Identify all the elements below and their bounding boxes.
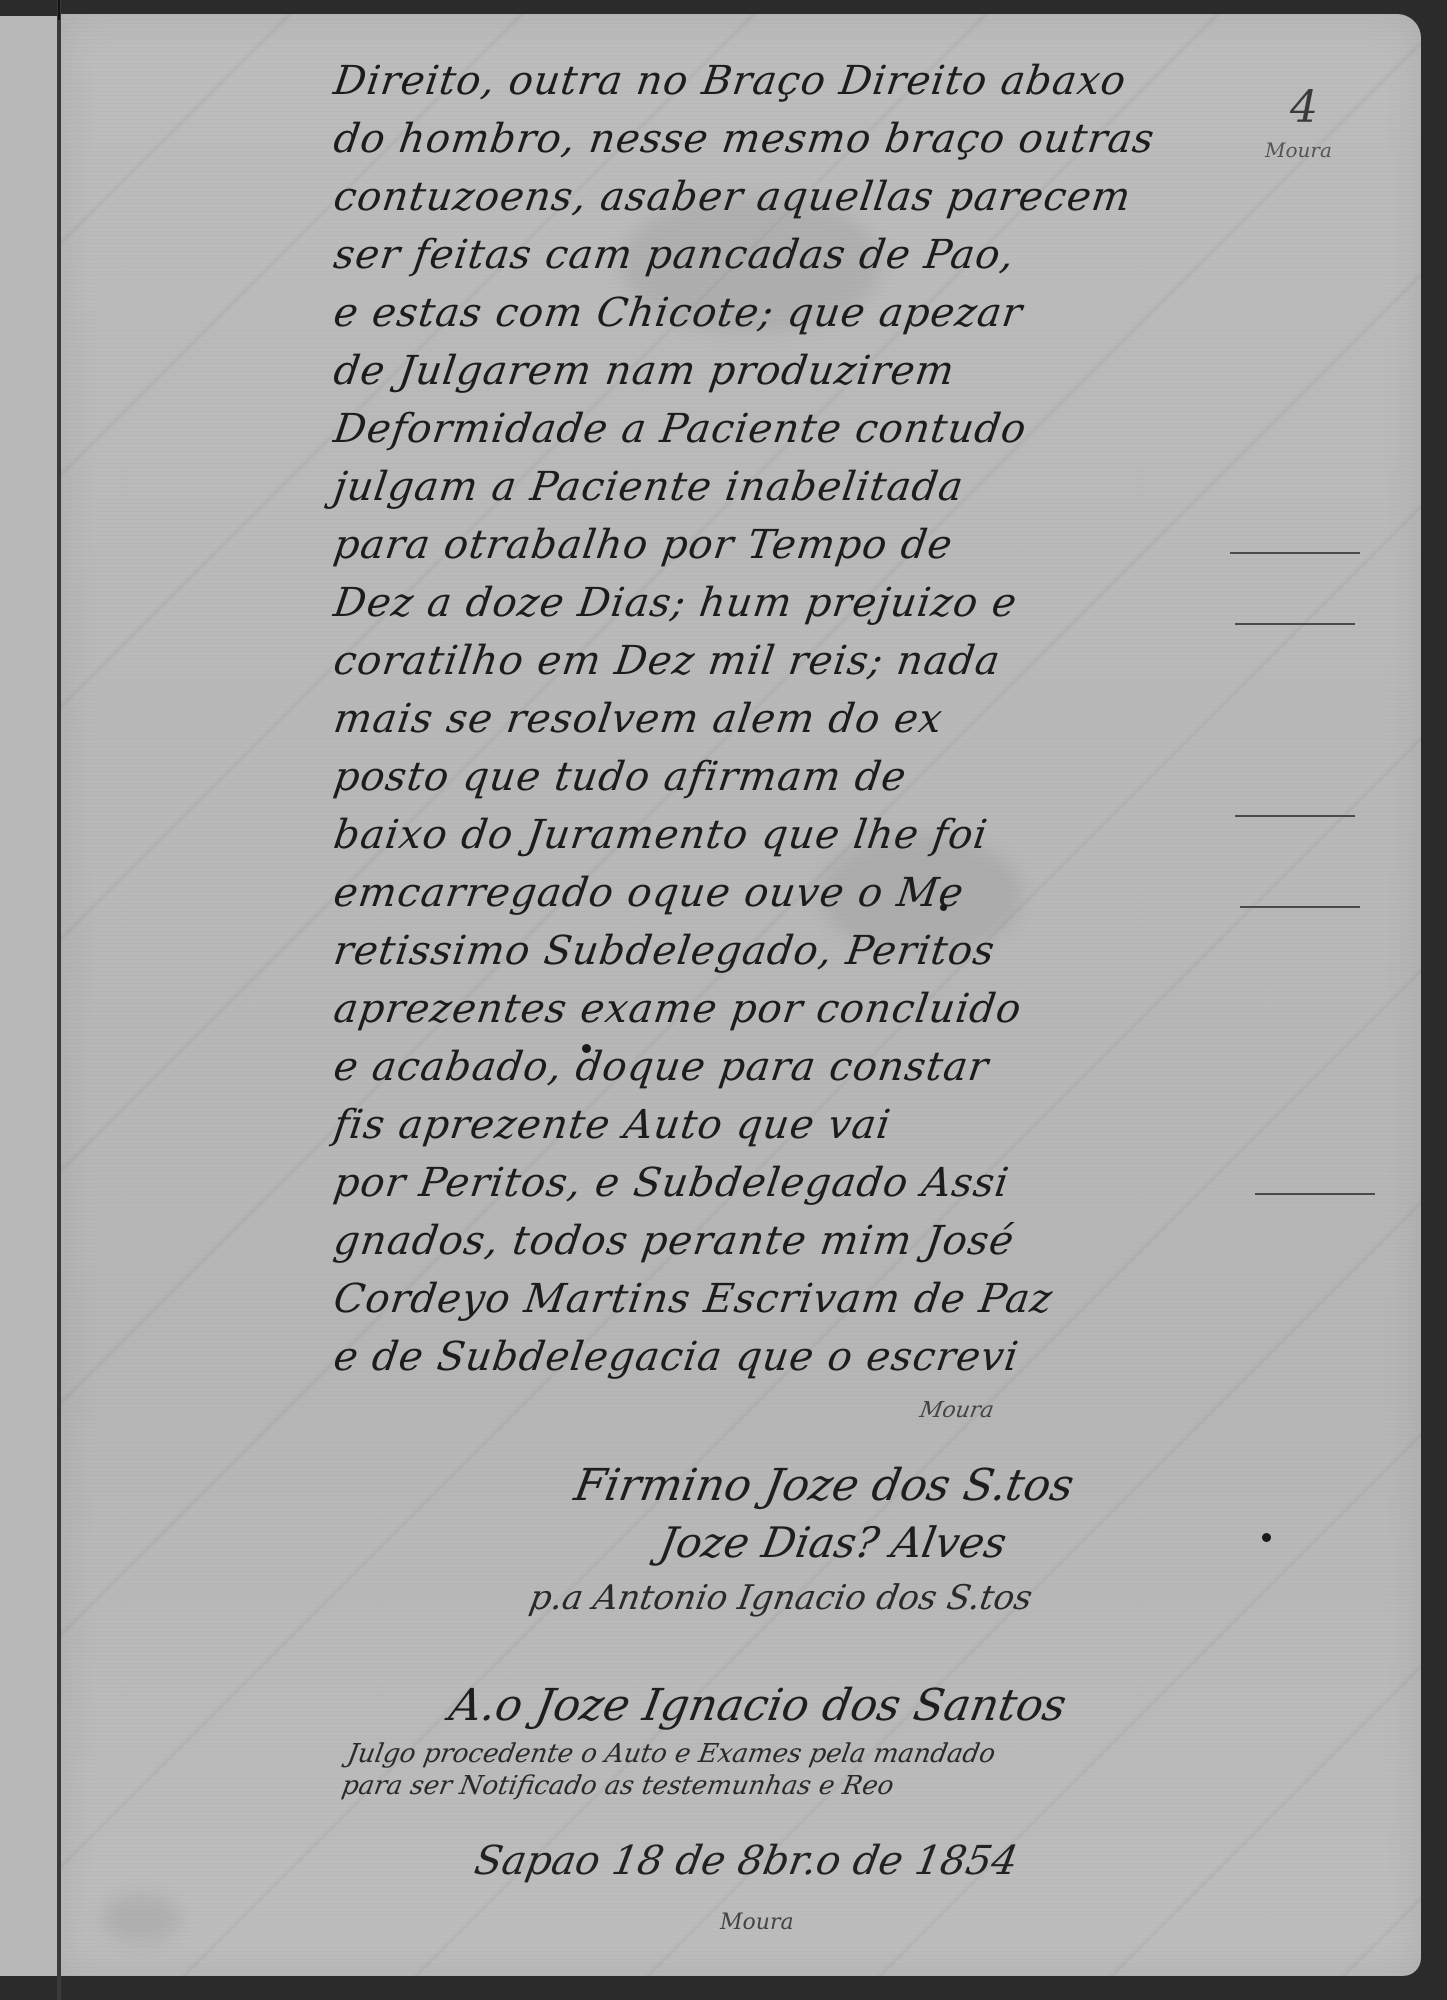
previous-page-edge <box>0 16 58 1976</box>
body-line: Dez a doze Dias; hum prejuizo e <box>330 574 1268 632</box>
signature-joze-ignacio: A.o Joze Ignacio dos Santos <box>446 1680 1071 1731</box>
body-line: de Julgarem nam produzirem <box>330 342 1268 400</box>
body-line: e acabado, doque para constar <box>330 1038 1268 1096</box>
ink-blot <box>1262 1533 1271 1542</box>
rubric-moura: Moura <box>918 1398 996 1423</box>
body-line: contuzoens, asaber aquellas parecem <box>330 168 1268 226</box>
body-line: mais se resolvem alem do ex <box>330 690 1268 748</box>
body-line: baixo do Juramento que lhe foi <box>330 806 1268 864</box>
body-line: Deformidade a Paciente contudo <box>330 400 1268 458</box>
body-line: ser feitas cam pancadas de Pao, <box>330 226 1268 284</box>
line-filler-stroke <box>1230 552 1360 554</box>
body-line: para otrabalho por Tempo de <box>330 516 1268 574</box>
note-line: para ser Notificado as testemunhas e Reo <box>339 1770 1205 1802</box>
body-line: fis aprezente Auto que vai <box>330 1096 1268 1154</box>
body-line: e de Subdelegacia que o escrevi <box>330 1328 1268 1386</box>
line-filler-stroke <box>1240 906 1360 908</box>
margin-rubric: Moura <box>1265 138 1332 162</box>
body-line: julgam a Paciente inabelitada <box>330 458 1268 516</box>
body-line: posto que tudo afirmam de <box>330 748 1268 806</box>
signature-joze-alves: Joze Dias? Alves <box>656 1518 1011 1567</box>
line-filler-stroke <box>1235 623 1355 625</box>
paper-stain <box>101 1894 181 1944</box>
body-line: gnados, todos perante mim José <box>330 1212 1268 1270</box>
folio-number: 4 <box>1290 82 1318 133</box>
signature-firmino: Firmino Joze dos S.tos <box>571 1460 1078 1511</box>
closing-note: Julgo procedente o Auto e Exames pela ma… <box>339 1738 1210 1802</box>
note-date: Sapao 18 de 8br.o de 1854 <box>471 1838 1021 1884</box>
ink-blot <box>940 904 947 911</box>
body-line: retissimo Subdelegado, Peritos <box>330 922 1268 980</box>
body-line: aprezentes exame por concluido <box>330 980 1268 1038</box>
signature-antonio-ignacio: p.a Antonio Ignacio dos S.tos <box>526 1578 1035 1618</box>
body-line: coratilho em Dez mil reis; nada <box>330 632 1268 690</box>
body-line: Cordeyo Martins Escrivam de Paz <box>330 1270 1268 1328</box>
line-filler-stroke <box>1255 1193 1375 1195</box>
body-line: por Peritos, e Subdelegado Assi <box>330 1154 1268 1212</box>
manuscript-body: Direito, outra no Braço Direito abaxo do… <box>330 52 1260 1386</box>
body-line: do hombro, nesse mesmo braço outras <box>330 110 1268 168</box>
line-filler-stroke <box>1235 815 1355 817</box>
body-line: Direito, outra no Braço Direito abaxo <box>330 52 1268 110</box>
closing-rubric: Moura <box>720 1910 794 1935</box>
note-line: Julgo procedente o Auto e Exames pela ma… <box>345 1738 1211 1770</box>
body-line: emcarregado oque ouve o Me <box>330 864 1268 922</box>
body-line: e estas com Chicote; que apezar <box>330 284 1268 342</box>
ink-blot <box>582 1044 591 1053</box>
